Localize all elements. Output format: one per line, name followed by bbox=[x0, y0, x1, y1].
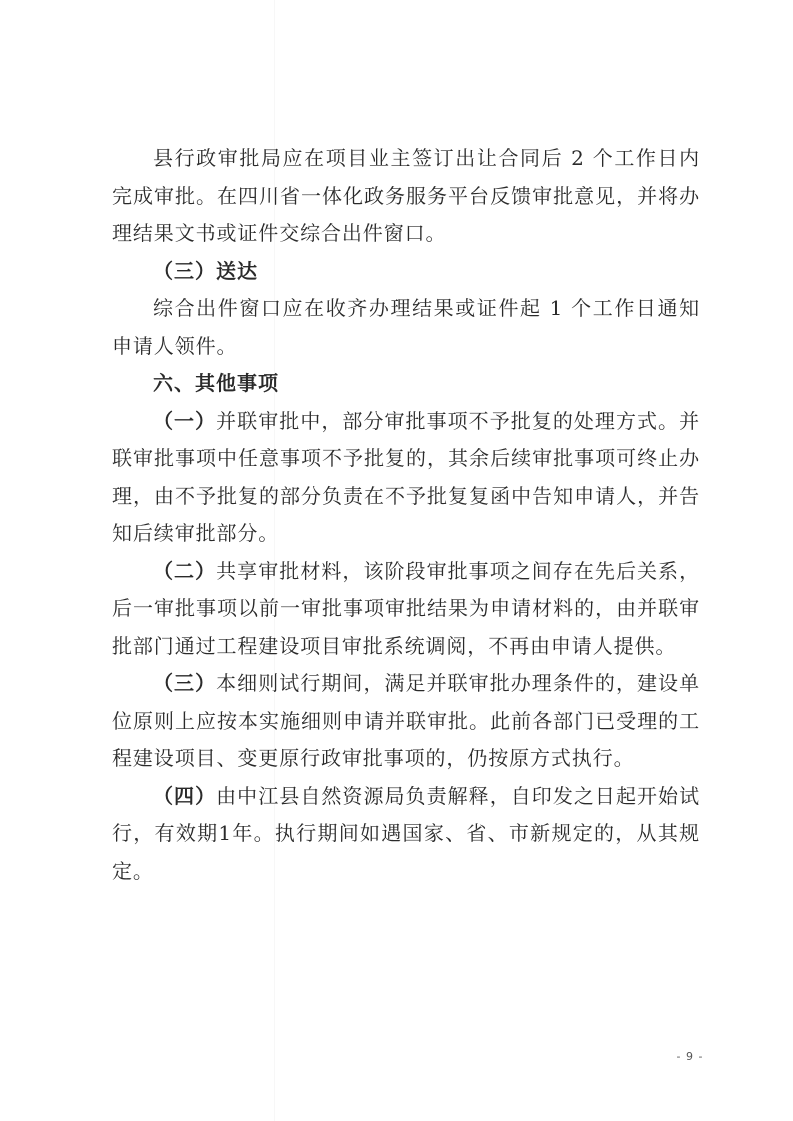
paragraph-approval-deadline: 县行政审批局应在项目业主签订出让合同后 2 个工作日内完成审批。在四川省一体化政… bbox=[112, 140, 700, 253]
document-body: 县行政审批局应在项目业主签订出让合同后 2 个工作日内完成审批。在四川省一体化政… bbox=[112, 140, 700, 890]
page-number: - 9 - bbox=[670, 1050, 710, 1063]
paragraph-item-1: （一）并联审批中，部分审批事项不予批复的处理方式。并联审批事项中任意事项不予批复… bbox=[112, 403, 700, 553]
paragraph-item-2: （二）共享审批材料，该阶段审批事项之间存在先后关系，后一审批事项以前一审批事项审… bbox=[112, 553, 700, 666]
item-label: （二） bbox=[153, 559, 216, 583]
section-heading-label: 六、其他事项 bbox=[153, 371, 279, 395]
paragraph-delivery-notice: 综合出件窗口应在收齐办理结果或证件起 1 个工作日通知申请人领件。 bbox=[112, 290, 700, 365]
paragraph-item-3: （三）本细则试行期间，满足并联审批办理条件的，建设单位原则上应按本实施细则申请并… bbox=[112, 665, 700, 778]
item-label: （三） bbox=[153, 671, 216, 695]
item-label: （四） bbox=[153, 784, 216, 808]
subheading-delivery: （三）送达 bbox=[112, 253, 700, 291]
item-label: （一） bbox=[153, 409, 216, 433]
section-heading-other-matters: 六、其他事项 bbox=[112, 365, 700, 403]
paragraph-item-4: （四）由中江县自然资源局负责解释，自印发之日起开始试行，有效期1年。执行期间如遇… bbox=[112, 778, 700, 891]
paragraph-text: 综合出件窗口应在收齐办理结果或证件起 1 个工作日通知申请人领件。 bbox=[112, 296, 700, 358]
paragraph-text: 县行政审批局应在项目业主签订出让合同后 2 个工作日内完成审批。在四川省一体化政… bbox=[112, 146, 700, 245]
subheading-label: （三）送达 bbox=[153, 259, 258, 283]
